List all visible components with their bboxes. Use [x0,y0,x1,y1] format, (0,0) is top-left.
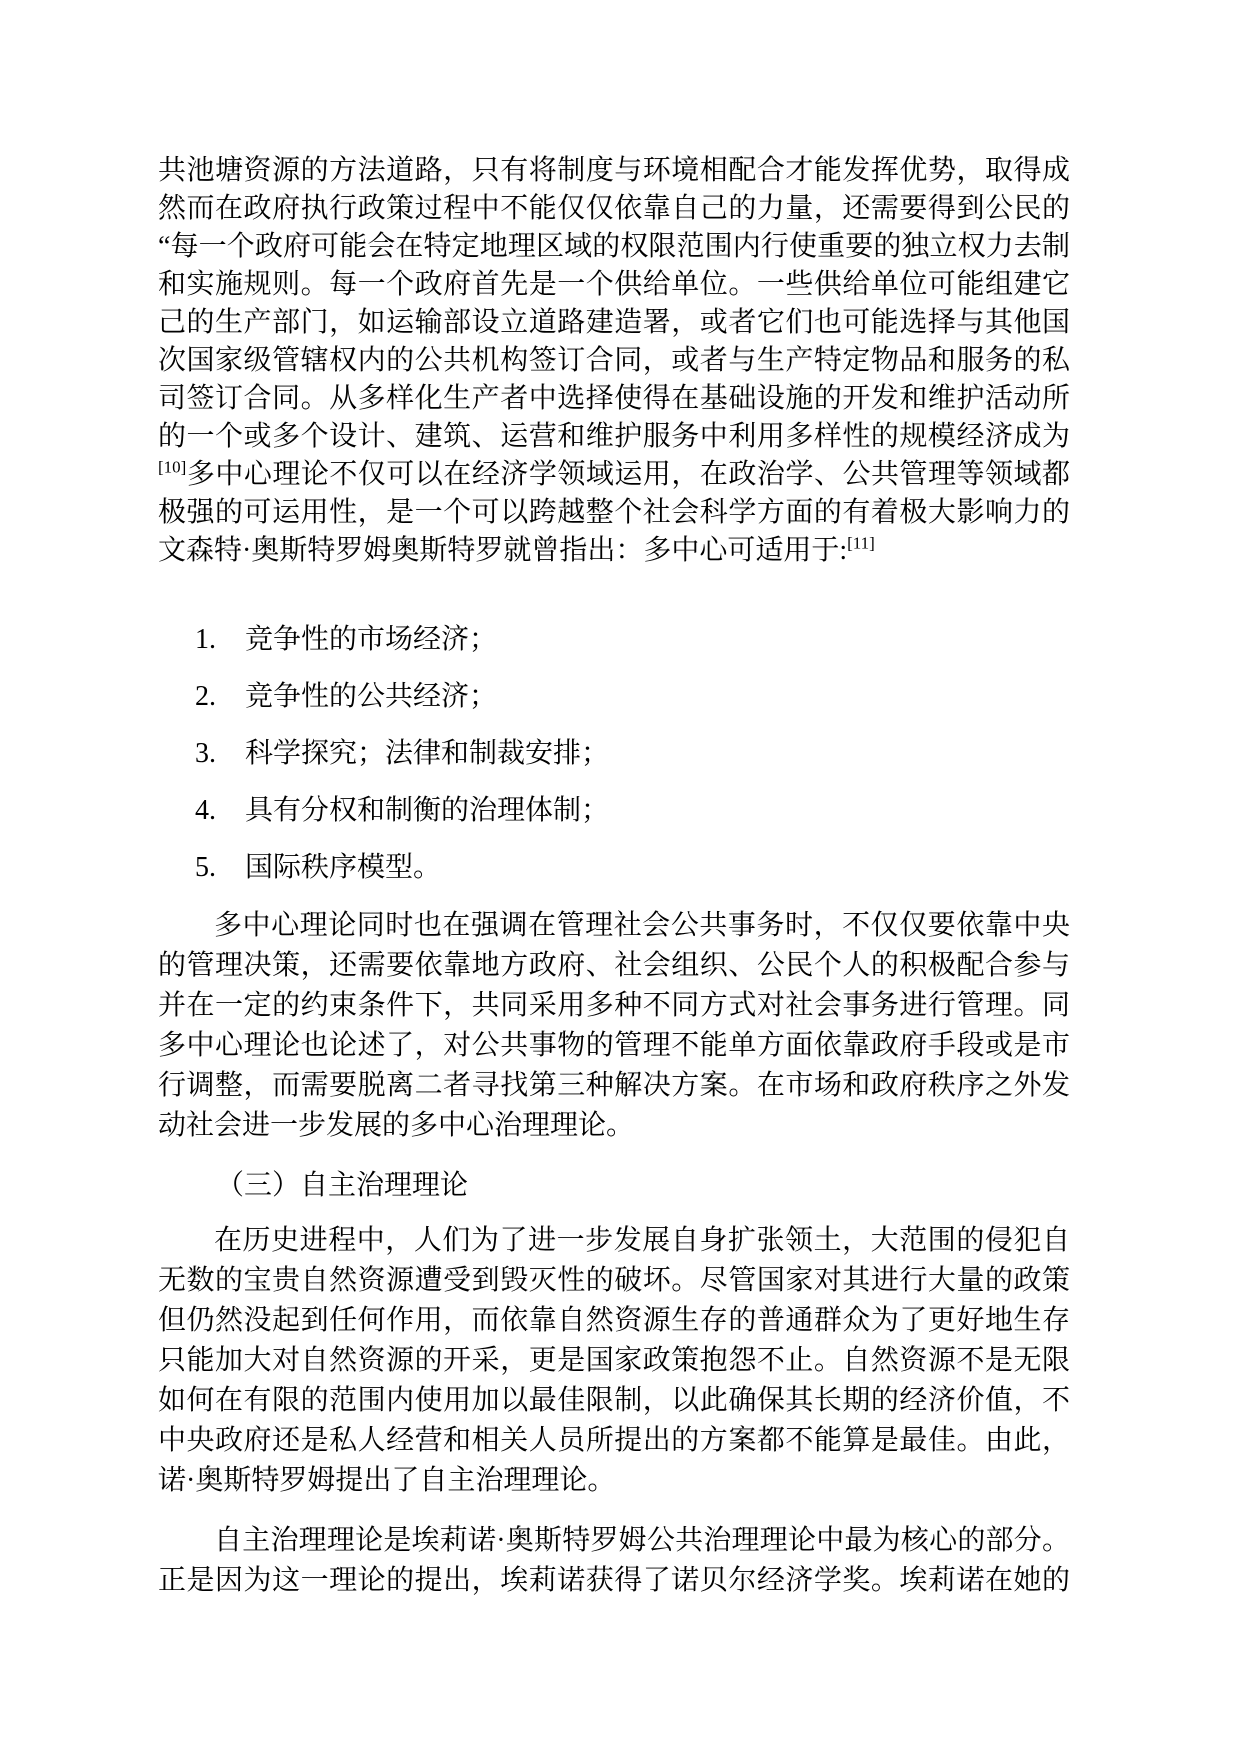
text-line: [10]多中心理论不仅可以在经济学领域运用，在政治学、公共管理等领域都有着 [158,456,1070,494]
list-item-number: 2. [195,678,245,716]
list-item-text: 国际秩序模型。 [245,852,441,883]
text-line: 共池塘资源的方法道路，只有将制度与环境相配合才能发挥优势，取得成效。 [158,152,1070,190]
text-line: 文森特·奥斯特罗姆奥斯特罗就曾指出：多中心可适用于:[11] [158,532,1070,570]
text-line: 动社会进一步发展的多中心治理理论。 [158,1106,1070,1146]
paragraph-self-governance-core: 自主治理理论是埃莉诺·奥斯特罗姆公共治理理论中最为核心的部分。也正是因为这一理论… [158,1521,1070,1601]
text-line: 无数的宝贵自然资源遭受到毁灭性的破坏。尽管国家对其进行大量的政策调控 [158,1261,1070,1301]
list-item: 1.竞争性的市场经济； [158,621,1070,659]
text-line: 正是因为这一理论的提出，埃莉诺获得了诺贝尔经济学奖。埃莉诺在她的著作 [158,1561,1070,1601]
list-item-number: 4. [195,792,245,830]
document-page: 共池塘资源的方法道路，只有将制度与环境相配合才能发挥优势，取得成效。然而在政府执… [0,0,1235,1749]
text-line: 诺·奥斯特罗姆提出了自主治理理论。 [158,1461,1070,1501]
list-item-text: 竞争性的市场经济； [245,624,497,655]
list-item: 4.具有分权和制衡的治理体制； [158,792,1070,830]
list-item: 3.科学探究；法律和制裁安排； [158,735,1070,773]
text-line: 己的生产部门，如运输部设立道路建造署，或者它们也可能选择与其他国家或 [158,304,1070,342]
text-line: 然而在政府执行政策过程中不能仅仅依靠自己的力量，还需要得到公民的支持 [158,190,1070,228]
text-line: 只能加大对自然资源的开采，更是国家政策抱怨不止。自然资源不是无限的， [158,1341,1070,1381]
text-line: 中央政府还是私人经营和相关人员所提出的方案都不能算是最佳。由此，埃莉 [158,1421,1070,1461]
text-line: 次国家级管辖权内的公共机构签订合同，或者与生产特定物品和服务的私人公 [158,342,1070,380]
text-line: “每一个政府可能会在特定地理区域的权限范围内行使重要的独立权力去制定 [158,228,1070,266]
list-item: 2.竞争性的公共经济； [158,678,1070,716]
section-heading: （三）自主治理理论 [158,1166,1070,1206]
list-item-text: 竞争性的公共经济； [245,681,497,712]
list-item-number: 3. [195,735,245,773]
paragraph-continuation: 共池塘资源的方法道路，只有将制度与环境相配合才能发挥优势，取得成效。然而在政府执… [158,152,1070,570]
footnote-marker: [10] [158,458,186,477]
text-line: 的管理决策，还需要依靠地方政府、社会组织、公民个人的积极配合参与决策， [158,946,1070,986]
text-line: 多中心理论同时也在强调在管理社会公共事务时，不仅仅要依靠中央政府 [158,906,1070,946]
text-line: 但仍然没起到任何作用，而依靠自然资源生存的普通群众为了更好地生存下去， [158,1301,1070,1341]
text-line: 的一个或多个设计、建筑、运营和维护服务中利用多样性的规模经济成为可能” [158,418,1070,456]
text-line: 并在一定的约束条件下，共同采用多种不同方式对社会事务进行管理。同时， [158,986,1070,1026]
paragraph-polycentric-summary: 多中心理论同时也在强调在管理社会公共事务时，不仅仅要依靠中央政府的管理决策，还需… [158,906,1070,1146]
list-item-text: 具有分权和制衡的治理体制； [245,795,609,826]
list-item: 5.国际秩序模型。 [158,849,1070,887]
paragraph-self-governance-intro: 在历史进程中，人们为了进一步发展自身扩张领土，大范围的侵犯自然，无数的宝贵自然资… [158,1221,1070,1501]
text-line: 司签订合同。从多样化生产者中选择使得在基础设施的开发和维护活动所包括 [158,380,1070,418]
text-line: 多中心理论也论述了，对公共事物的管理不能单方面依靠政府手段或是市场自 [158,1026,1070,1066]
text-line: 如何在有限的范围内使用加以最佳限制，以此确保其长期的经济价值，不论是 [158,1381,1070,1421]
numbered-list: 1.竞争性的市场经济；2.竞争性的公共经济；3.科学探究；法律和制裁安排；4.具… [158,621,1070,887]
text-line: 自主治理理论是埃莉诺·奥斯特罗姆公共治理理论中最为核心的部分。也 [158,1521,1070,1561]
list-item-text: 科学探究；法律和制裁安排； [245,738,609,769]
text-line: 在历史进程中，人们为了进一步发展自身扩张领土，大范围的侵犯自然， [158,1221,1070,1261]
text-line: 和实施规则。每一个政府首先是一个供给单位。一些供给单位可能组建它们自 [158,266,1070,304]
list-item-number: 5. [195,849,245,887]
footnote-marker: [11] [847,534,875,553]
list-item-number: 1. [195,621,245,659]
text-line: 极强的可运用性，是一个可以跨越整个社会科学方面的有着极大影响力的理论。 [158,494,1070,532]
text-line: 行调整，而需要脱离二者寻找第三种解决方案。在市场和政府秩序之外发现推 [158,1066,1070,1106]
